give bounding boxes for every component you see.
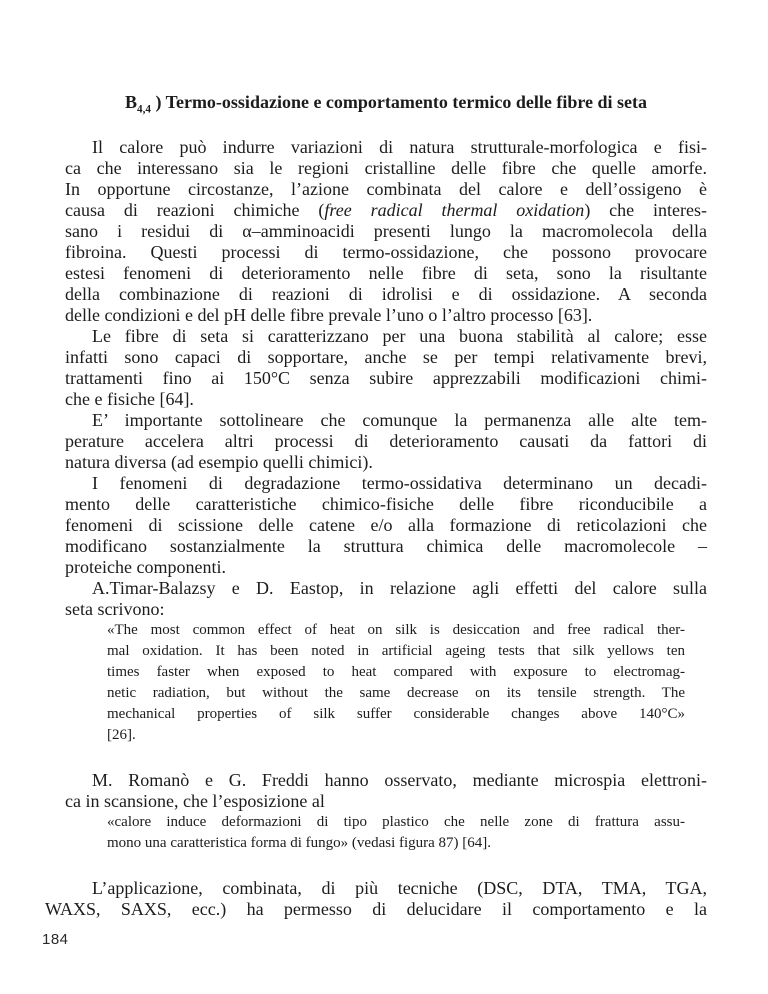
text-line: mechanical properties of silk suffer con… — [107, 704, 685, 725]
text-line: che e fisiche [64]. — [65, 389, 707, 410]
text-line: A.Timar-Balazsy e D. Eastop, in relazion… — [65, 578, 707, 599]
text-line: estesi fenomeni di deterioramento nelle … — [65, 263, 707, 284]
text-line: mal oxidation. It has been noted in arti… — [107, 641, 685, 662]
paragraph: Il calore può indurre variazioni di natu… — [65, 137, 707, 326]
text-line: «The most common effect of heat on silk … — [107, 620, 685, 641]
section-heading: B4,4 ) Termo-ossidazione e comportamento… — [65, 92, 707, 113]
text-column: B4,4 ) Termo-ossidazione e comportamento… — [65, 92, 707, 920]
text-line: mono una caratteristica forma di fungo» … — [107, 833, 685, 854]
text-line: infatti sono capaci di sopportare, anche… — [65, 347, 707, 368]
paragraph: M. Romanò e G. Freddi hanno osservato, m… — [65, 770, 707, 812]
text-line: perature accelera altri processi di dete… — [65, 431, 707, 452]
text-line: Le fibre di seta si caratterizzano per u… — [65, 326, 707, 347]
text-line: sano i residui di α–amminoacidi presenti… — [65, 221, 707, 242]
text-line: proteiche componenti. — [65, 557, 707, 578]
text-line: fibroina. Questi processi di termo-ossid… — [65, 242, 707, 263]
block-quote: «calore induce deformazioni di tipo plas… — [107, 812, 685, 854]
text-line: netic radiation, but without the same de… — [107, 683, 685, 704]
text-line: In opportune circostanze, l’azione combi… — [65, 179, 707, 200]
text-line: delle condizioni e del pH delle fibre pr… — [65, 305, 707, 326]
text-line: mento delle caratteristiche chimico-fisi… — [65, 494, 707, 515]
text-line: della combinazione di reazioni di idroli… — [65, 284, 707, 305]
text-line: natura diversa (ad esempio quelli chimic… — [65, 452, 707, 473]
paragraph: I fenomeni di degradazione termo-ossidat… — [65, 473, 707, 578]
page-number: 184 — [42, 931, 69, 948]
text-line: E’ importante sottolineare che comunque … — [65, 410, 707, 431]
text-line: ca che interessano sia le regioni crista… — [65, 158, 707, 179]
text-line: fenomeni di scissione delle catene e/o a… — [65, 515, 707, 536]
text-line: ca in scansione, che l’esposizione al — [65, 791, 707, 812]
block-quote: «The most common effect of heat on silk … — [107, 620, 685, 746]
text-line: WAXS, SAXS, ecc.) ha permesso di delucid… — [45, 899, 707, 920]
text-line: causa di reazioni chimiche (free radical… — [65, 200, 707, 221]
text-line: seta scrivono: — [65, 599, 707, 620]
text-line: Il calore può indurre variazioni di natu… — [65, 137, 707, 158]
text-line: L’applicazione, combinata, di più tecnic… — [65, 878, 707, 899]
text-line: I fenomeni di degradazione termo-ossidat… — [65, 473, 707, 494]
document-page: B4,4 ) Termo-ossidazione e comportamento… — [0, 0, 768, 994]
text-line: M. Romanò e G. Freddi hanno osservato, m… — [65, 770, 707, 791]
text-line: B4,4 ) Termo-ossidazione e comportamento… — [65, 92, 707, 113]
text-line: times faster when exposed to heat compar… — [107, 662, 685, 683]
paragraph: A.Timar-Balazsy e D. Eastop, in relazion… — [65, 578, 707, 620]
text-line: [26]. — [107, 725, 685, 746]
text-line: trattamenti fino ai 150°C senza subire a… — [65, 368, 707, 389]
text-line: modificano sostanzialmente la struttura … — [65, 536, 707, 557]
text-line: «calore induce deformazioni di tipo plas… — [107, 812, 685, 833]
paragraph: Le fibre di seta si caratterizzano per u… — [65, 326, 707, 410]
paragraph: E’ importante sottolineare che comunque … — [65, 410, 707, 473]
paragraph: L’applicazione, combinata, di più tecnic… — [65, 878, 707, 920]
